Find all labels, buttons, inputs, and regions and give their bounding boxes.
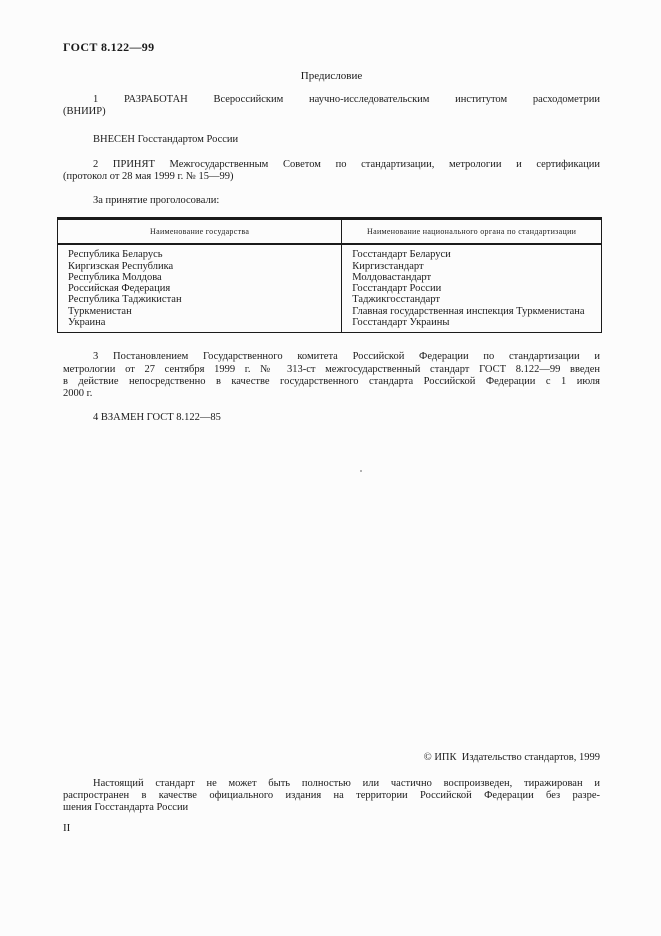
restriction-line3: шения Госстандарта России bbox=[63, 802, 600, 814]
document-page: ГОСТ 8.122—99 Предисловие 1 РАЗРАБОТАН В… bbox=[0, 0, 661, 936]
paragraph-replaces: 4 ВЗАМЕН ГОСТ 8.122—85 bbox=[63, 412, 600, 424]
page-number: II bbox=[63, 822, 70, 834]
paragraph-decree-line4: 2000 г. bbox=[63, 388, 600, 400]
paragraph-submitted: ВНЕСЕН Госстандартом России bbox=[63, 134, 600, 146]
body-cell: Главная государственная инспекция Туркме… bbox=[342, 306, 602, 317]
vote-table-head: Наименование государства Наименование на… bbox=[58, 219, 602, 245]
paragraph-developed: 1 РАЗРАБОТАН Всероссийским научно-исслед… bbox=[63, 94, 600, 118]
table-row: Туркменистан Главная государственная инс… bbox=[58, 306, 602, 317]
paragraph-developed-line2: (ВНИИР) bbox=[63, 106, 600, 118]
restriction-paragraph: Настоящий стандарт не может быть полност… bbox=[63, 778, 600, 815]
vote-table: Наименование государства Наименование на… bbox=[57, 217, 602, 333]
table-row: Украина Госстандарт Украины bbox=[58, 317, 602, 333]
page-content: ГОСТ 8.122—99 Предисловие 1 РАЗРАБОТАН В… bbox=[63, 40, 600, 424]
paragraph-decree-line2: метрологии от 27 сентября 1999 г. № 313-… bbox=[63, 364, 600, 376]
paragraph-adopted: 2 ПРИНЯТ Межгосударственным Советом по с… bbox=[63, 159, 600, 183]
country-cell: Туркменистан bbox=[58, 306, 342, 317]
body-cell: Киргизстандарт bbox=[342, 261, 602, 272]
vote-table-header-row: Наименование государства Наименование на… bbox=[58, 219, 602, 245]
country-cell: Киргизская Республика bbox=[58, 261, 342, 272]
body-cell: Молдовастандарт bbox=[342, 272, 602, 283]
body-cell: Госстандарт Беларуси bbox=[342, 244, 602, 260]
vote-intro: За принятие проголосовали: bbox=[63, 195, 600, 207]
paragraph-adopted-line2: (протокол от 28 мая 1999 г. № 15—99) bbox=[63, 171, 600, 183]
print-speck bbox=[360, 470, 362, 472]
body-cell: Госстандарт России bbox=[342, 283, 602, 294]
paragraph-decree-line3: в действие непосредственно в качестве го… bbox=[63, 376, 600, 388]
table-row: Киргизская Республика Киргизстандарт bbox=[58, 261, 602, 272]
header-country: Наименование государства bbox=[58, 219, 342, 245]
table-row: Республика Беларусь Госстандарт Беларуси bbox=[58, 244, 602, 260]
paragraph-decree-line1: 3 Постановлением Государственного комите… bbox=[63, 351, 600, 363]
country-cell: Республика Беларусь bbox=[58, 244, 342, 260]
doc-code: ГОСТ 8.122—99 bbox=[63, 40, 600, 55]
body-cell: Госстандарт Украины bbox=[342, 317, 602, 333]
paragraph-adopted-line1: 2 ПРИНЯТ Межгосударственным Советом по с… bbox=[63, 159, 600, 171]
vote-table-body: Республика Беларусь Госстандарт Беларуси… bbox=[58, 244, 602, 333]
paragraph-developed-line1: 1 РАЗРАБОТАН Всероссийским научно-исслед… bbox=[63, 94, 600, 106]
table-row: Республика Таджикистан Таджикгосстандарт bbox=[58, 294, 602, 305]
paragraph-decree: 3 Постановлением Государственного комите… bbox=[63, 351, 600, 400]
table-row: Российская Федерация Госстандарт России bbox=[58, 283, 602, 294]
copyright-line: © ИПК Издательство стандартов, 1999 bbox=[63, 752, 600, 763]
body-cell: Таджикгосстандарт bbox=[342, 294, 602, 305]
country-cell: Российская Федерация bbox=[58, 283, 342, 294]
country-cell: Республика Таджикистан bbox=[58, 294, 342, 305]
restriction-line2: распространен в качестве официального из… bbox=[63, 790, 600, 802]
country-cell: Республика Молдова bbox=[58, 272, 342, 283]
table-row: Республика Молдова Молдовастандарт bbox=[58, 272, 602, 283]
header-body: Наименование национального органа по ста… bbox=[342, 219, 602, 245]
country-cell: Украина bbox=[58, 317, 342, 333]
page-title: Предисловие bbox=[63, 70, 600, 82]
restriction-line1: Настоящий стандарт не может быть полност… bbox=[63, 778, 600, 790]
